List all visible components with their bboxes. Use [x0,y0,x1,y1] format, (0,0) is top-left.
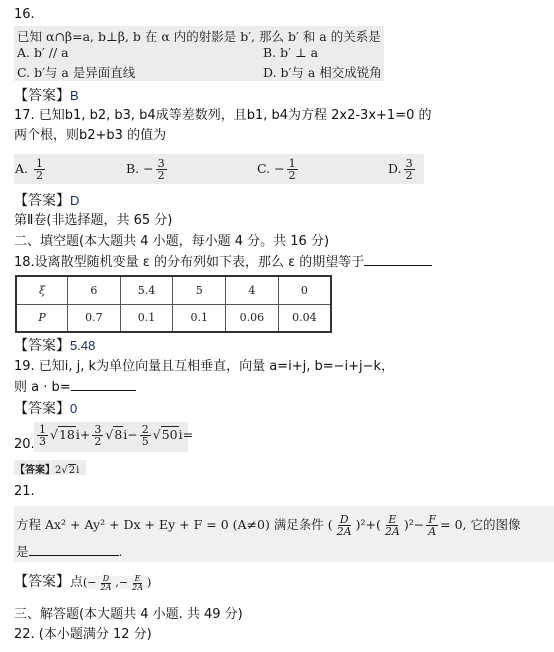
q16-number: 16. [14,6,35,23]
answer-blank [364,254,432,266]
q17-stem-line2: 两个根，则b2+b3 的值为 [14,127,166,144]
answer-blank [29,544,119,556]
q16-scanned-block: 已知 α∩β=a, b⊥β, b 在 α 内的射影是 b′, 那么 b′ 和 a… [14,26,384,81]
q19-stem-line1: 19. 已知i, j, k为单位向量且互相垂直，向量 a=i+j, b=−i+j… [14,358,394,375]
answer-label: 【答案】 [15,465,55,476]
answer-label: 【答案】 [14,88,70,104]
q17-option-c: C. −12 [257,158,300,181]
q17-option-a: A. 12 [15,158,47,181]
q19-stem-line2: 则 a · b= [14,379,136,396]
table-row: P 0.7 0.1 0.1 0.06 0.04 [16,304,331,332]
q16-option-b: B. b′ ⊥ a [263,45,318,60]
q20-answer: 【答案】2√2i [14,460,86,475]
answer-value: 5.48 [70,338,95,353]
q17-option-d: D.32 [388,158,417,181]
section2-subtitle: 二、填空题(本大题共 4 小题，每小题 4 分。共 16 分) [14,233,329,250]
answer-label: 【答案】 [14,401,70,417]
section2-title: 第Ⅱ卷(非选择题，共 65 分) [14,212,172,229]
q20-expression: 13√18i+32√8i−25√50i= [34,422,188,452]
q17-answer: 【答案】D [14,192,79,210]
answer-label: 【答案】 [14,338,70,354]
q17-stem-line1: 17. 已知b1, b2, b3, b4成等差数列，且b1, b4为方程 2x2… [14,107,432,124]
q17-options-block: A. 12 B. −32 C. −12 D.32 [14,154,424,184]
q18-answer: 【答案】5.48 [14,337,95,355]
q21-stem-line2: 是. [16,542,123,560]
q16-option-a: A. b′ // a [17,45,69,60]
q16-option-c: C. b′与 a 是异面直线 [17,63,135,81]
q21-number: 21. [14,483,35,500]
q22-stem: 22. (本小题满分 12 分) [14,626,152,643]
q21-answer: 【答案】点(−D2A,−E2A) [14,574,151,592]
table-row: ξ 6 5.4 5 4 0 [16,276,331,304]
answer-value: D [70,193,79,208]
answer-label: 【答案】 [14,574,70,590]
q19-answer: 【答案】0 [14,400,77,418]
q21-stem: 方程 Ax² + Ay² + Dx + Ey + F = 0 (A≠0) 满足条… [16,514,521,537]
q20-number: 20. [14,436,35,453]
q16-answer: 【答案】B [14,87,79,105]
q16-option-d: D. b′与 a 相交成锐角 [263,63,382,81]
q21-scanned-block: 方程 Ax² + Ay² + Dx + Ey + F = 0 (A≠0) 满足条… [14,506,554,562]
distribution-table: ξ 6 5.4 5 4 0 P 0.7 0.1 0.1 0.06 0.04 [15,275,332,333]
answer-value: B [70,88,79,103]
answer-value: 0 [70,401,77,416]
answer-blank [71,379,136,391]
answer-label: 【答案】 [14,193,70,209]
q17-option-b: B. −32 [126,158,169,181]
section3-title: 三、解答题(本大题共 4 小题. 共 49 分) [14,606,243,623]
q18-stem: 18.设离散型随机变量 ε 的分布列如下表，那么 ε 的期望等于 [14,254,432,271]
q16-stem: 已知 α∩β=a, b⊥β, b 在 α 内的射影是 b′, 那么 b′ 和 a… [17,27,381,45]
